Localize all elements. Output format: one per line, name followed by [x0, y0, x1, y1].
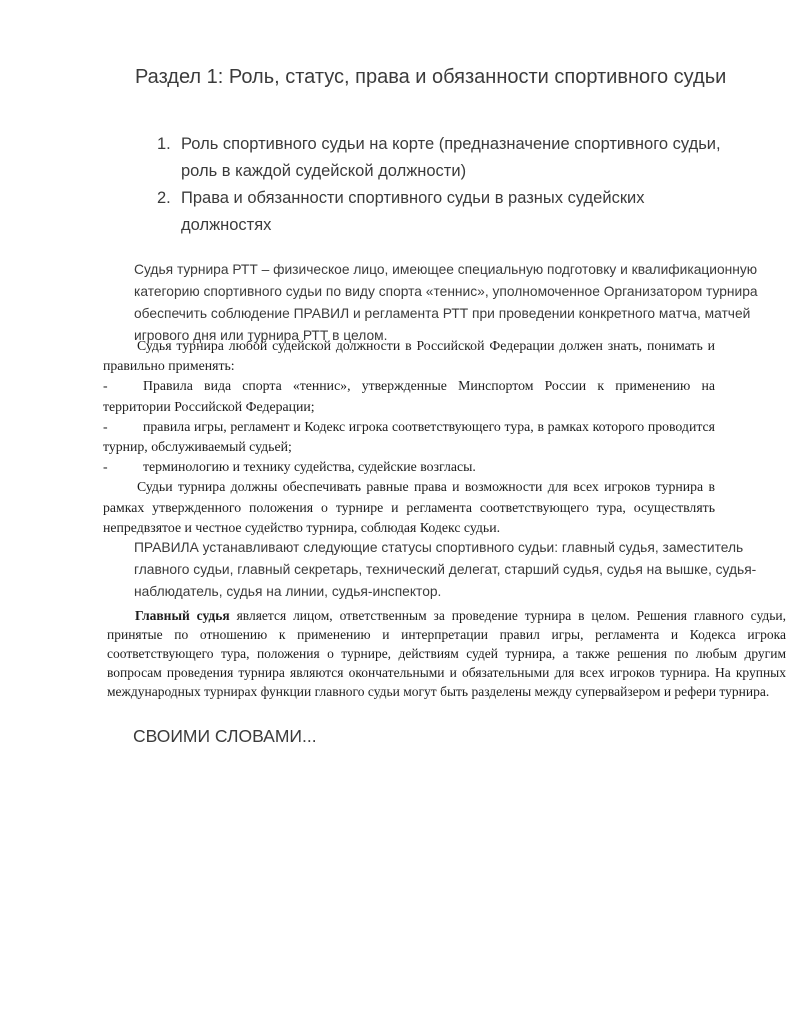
document-page: Раздел 1: Роль, статус, права и обязанно… — [0, 0, 791, 1024]
numbered-list: 1. Роль спортивного судьи на корте (пред… — [157, 131, 732, 239]
dash-item: -Правила вида спорта «теннис», утвержден… — [103, 376, 715, 416]
list-item-number: 2. — [157, 185, 181, 239]
chief-referee-term: Главный судья — [135, 608, 230, 623]
serif-block-knowledge: Судья турнира любой судейской должности … — [103, 336, 715, 538]
paragraph-statuses: ПРАВИЛА устанавливают следующие статусы … — [134, 537, 786, 603]
list-item: 1. Роль спортивного судьи на корте (пред… — [157, 131, 732, 185]
own-words-heading: СВОИМИ СЛОВАМИ... — [133, 726, 317, 747]
list-item: 2. Права и обязанности спортивного судьи… — [157, 185, 732, 239]
dash-item: -терминологию и технику судейства, судей… — [103, 457, 715, 477]
dash-item-text: Правила вида спорта «теннис», утвержденн… — [103, 378, 715, 413]
dash-marker: - — [103, 417, 143, 437]
dash-marker: - — [103, 457, 143, 477]
paragraph-knowledge-intro: Судья турнира любой судейской должности … — [103, 336, 715, 376]
list-item-text: Роль спортивного судьи на корте (предназ… — [181, 131, 729, 185]
dash-item-text: правила игры, регламент и Кодекс игрока … — [103, 419, 715, 454]
list-item-text: Права и обязанности спортивного судьи в … — [181, 185, 729, 239]
dash-item-text: терминологию и технику судейства, судейс… — [143, 459, 476, 474]
dash-item: -правила игры, регламент и Кодекс игрока… — [103, 417, 715, 457]
page-title: Раздел 1: Роль, статус, права и обязанно… — [135, 66, 726, 89]
paragraph-chief-referee: Главный судья является лицом, ответствен… — [107, 606, 786, 701]
list-item-number: 1. — [157, 131, 181, 185]
dash-marker: - — [103, 376, 143, 396]
paragraph-definition: Судья турнира РТТ – физическое лицо, име… — [134, 259, 784, 347]
paragraph-equal-rights: Судьи турнира должны обеспечивать равные… — [103, 477, 715, 538]
